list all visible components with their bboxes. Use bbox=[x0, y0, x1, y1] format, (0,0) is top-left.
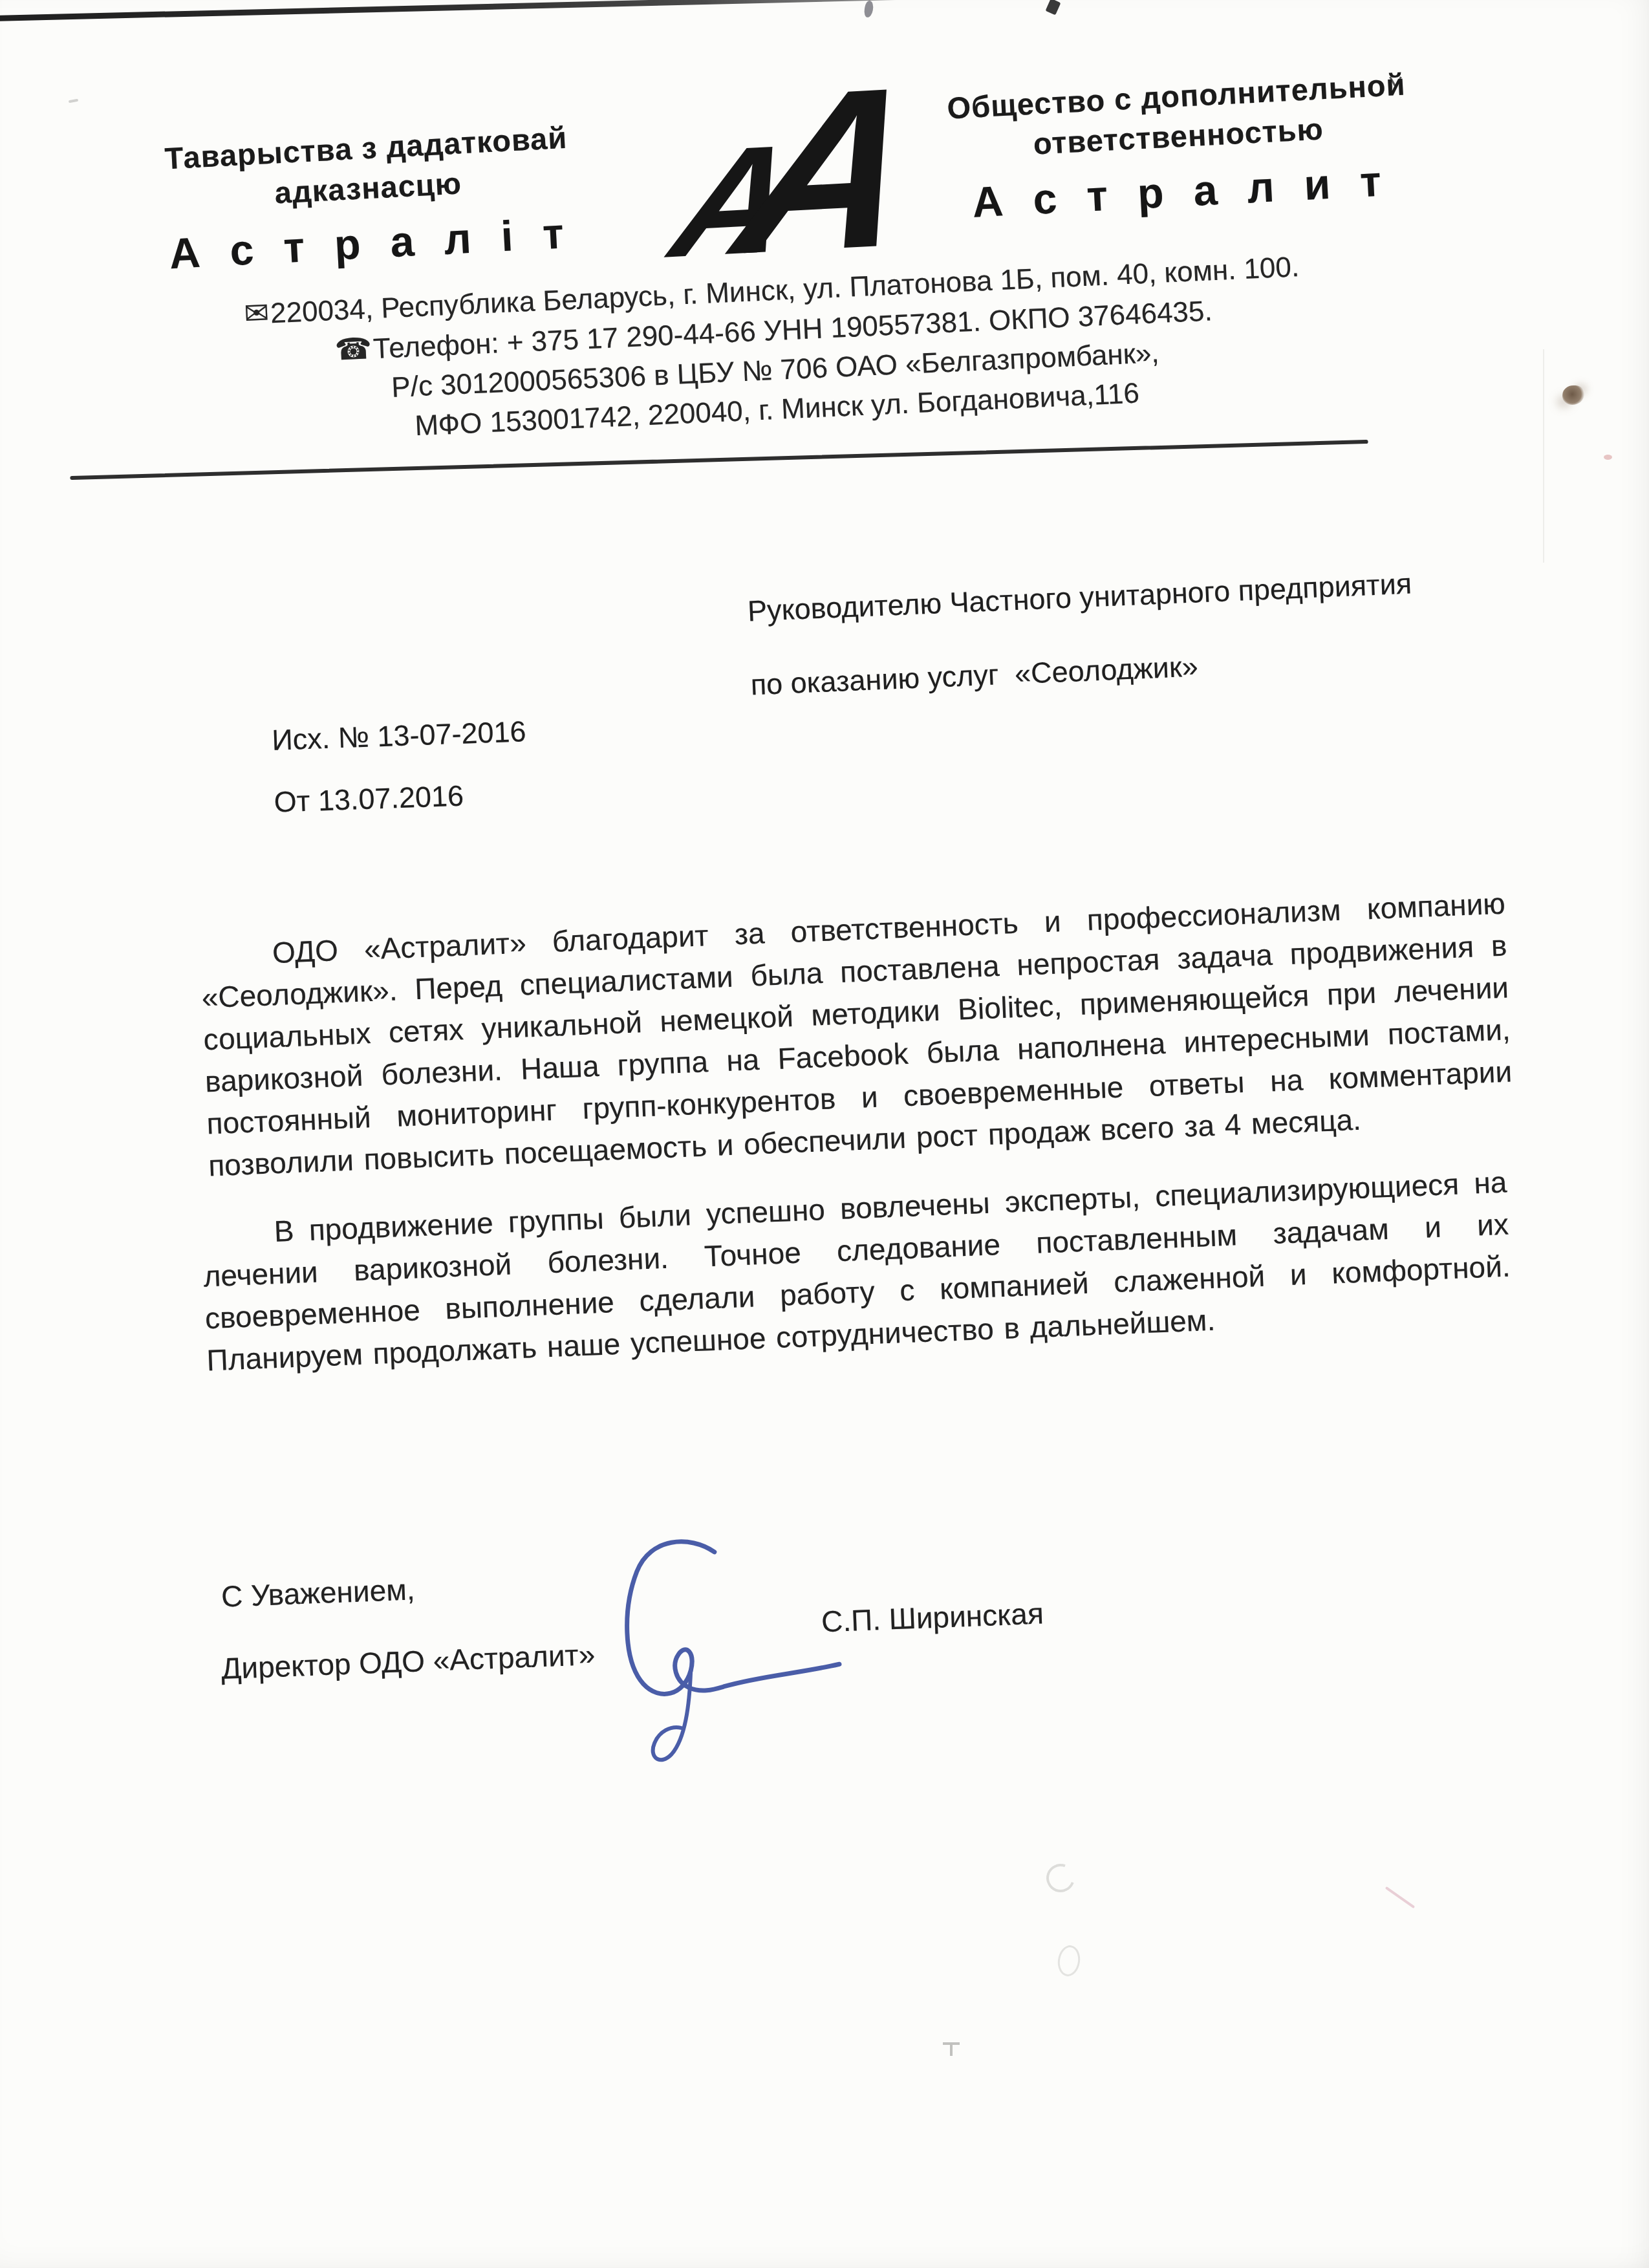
letterhead-belarusian: Таварыства з дадатковай адказнасцю А с т… bbox=[94, 114, 643, 282]
scan-artifact bbox=[1045, 0, 1061, 16]
recipient-line1: Руководителю Частного унитарного предпри… bbox=[747, 567, 1412, 629]
scan-artifact bbox=[1385, 1886, 1416, 1908]
scanned-letter-page: Таварыства з дадатковай адказнасцю А с т… bbox=[0, 0, 1649, 2268]
recipient-block: Руководителю Частного унитарного предпри… bbox=[747, 567, 1416, 702]
signer-title: Директор ОДО «Астралит» bbox=[221, 1637, 596, 1686]
body-paragraph-1: ОДО «Астралит» благодарит за ответственн… bbox=[199, 883, 1514, 1187]
scan-artifact bbox=[69, 99, 78, 103]
phone-icon: ☎ bbox=[334, 331, 374, 367]
signer-name: С.П. Ширинская bbox=[821, 1595, 1044, 1639]
salutation: С Уважением, bbox=[221, 1571, 415, 1614]
company-logo-aa: AA bbox=[672, 54, 916, 292]
recipient-line2: по оказанию услуг «Сеолоджик» bbox=[750, 640, 1416, 702]
scan-artifact bbox=[1562, 385, 1584, 405]
scan-artifact bbox=[1604, 455, 1612, 460]
scan-artifact bbox=[1543, 349, 1544, 563]
scan-artifact bbox=[1042, 1859, 1079, 1897]
outgoing-number: Исх. № 13-07-2016 bbox=[272, 715, 527, 757]
scan-artifact bbox=[1056, 1944, 1082, 1978]
scan-edge-artifact bbox=[0, 0, 941, 21]
contact-block: ✉220034, Республика Беларусь, г. Минск, … bbox=[129, 241, 1419, 459]
scan-artifact bbox=[943, 2042, 960, 2057]
logo-letter-a-large: A bbox=[721, 52, 937, 290]
letter-date: От 13.07.2016 bbox=[274, 777, 529, 819]
mail-icon: ✉ bbox=[243, 296, 271, 330]
letterhead-russian: Общество с дополнительной ответственност… bbox=[907, 62, 1450, 230]
scan-artifact bbox=[863, 0, 874, 18]
reference-block: Исх. № 13-07-2016 От 13.07.2016 bbox=[272, 715, 529, 819]
body-paragraph-2: В продвижение группы были успешно вовлеч… bbox=[201, 1161, 1513, 1382]
handwritten-signature bbox=[581, 1527, 848, 1769]
